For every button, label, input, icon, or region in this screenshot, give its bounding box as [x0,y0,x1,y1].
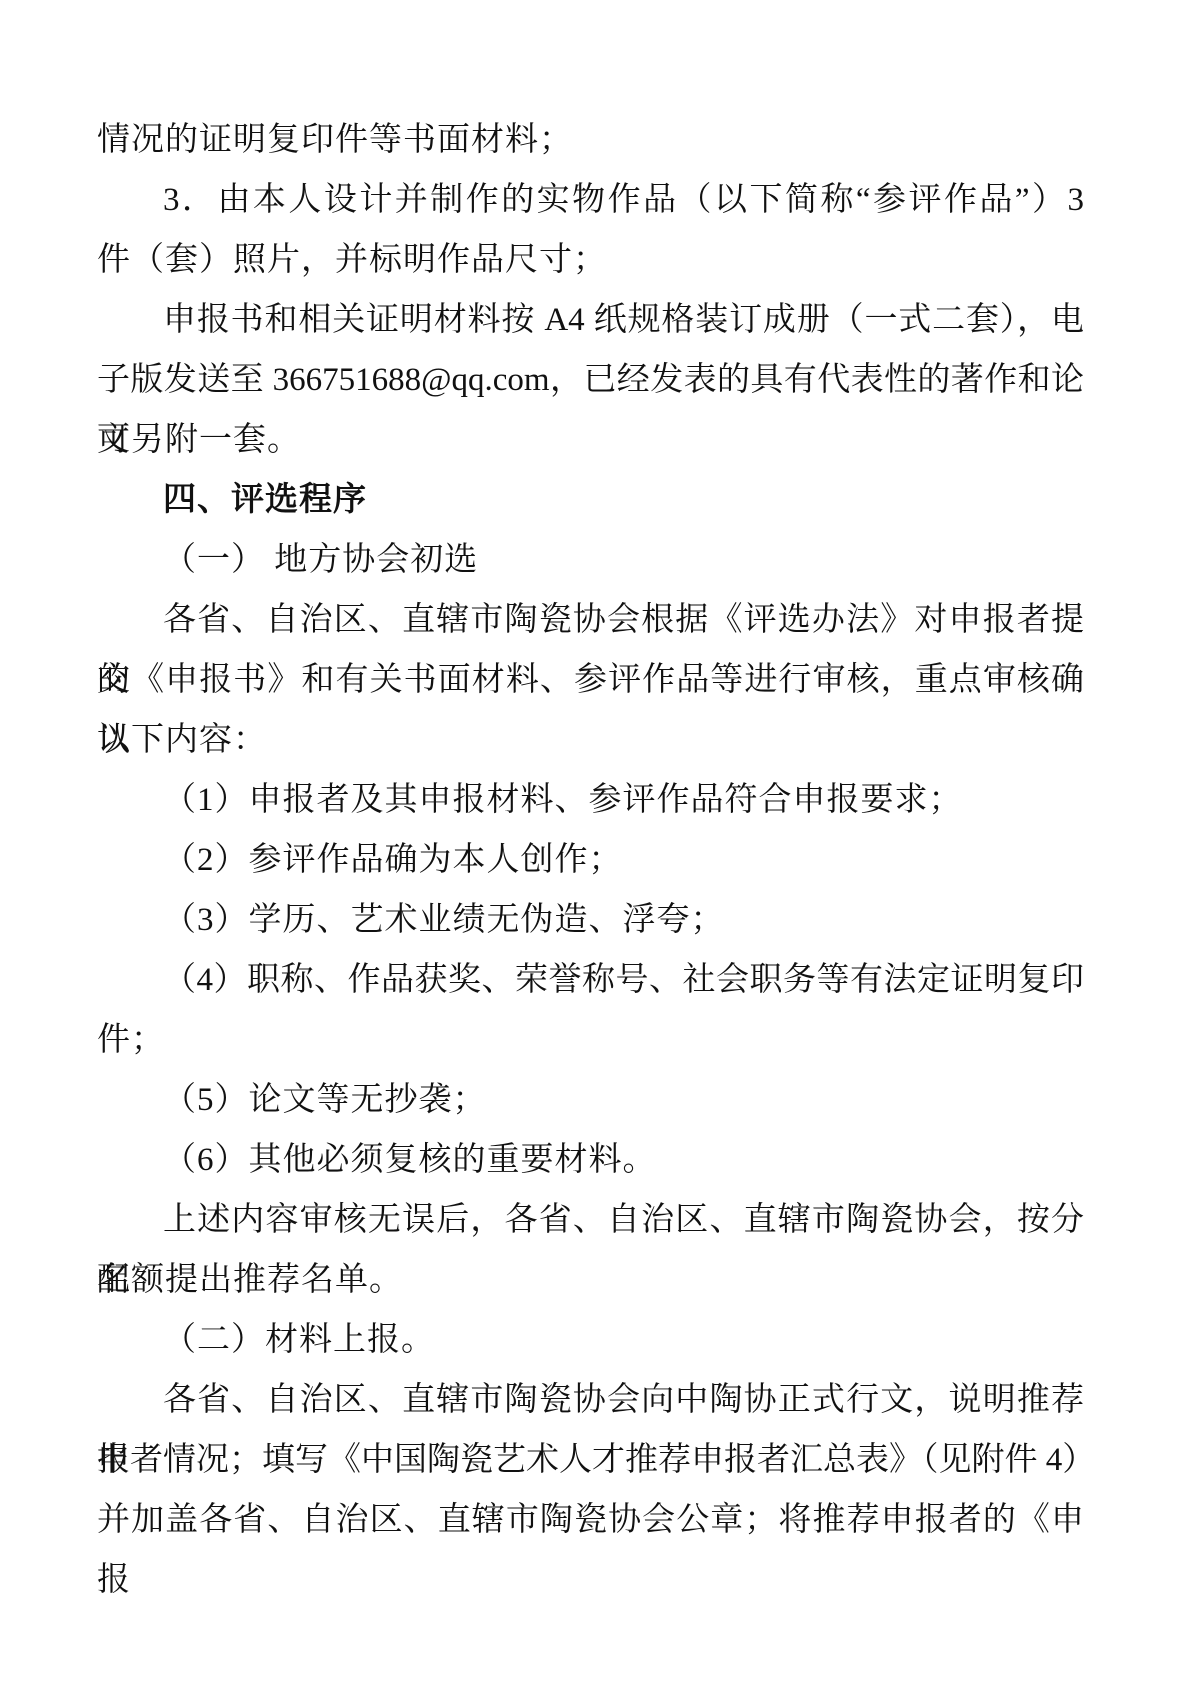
text-line-continuation: 件（套）照片，并标明作品尺寸； [97,230,1084,290]
text-line-item-3: 3．由本人设计并制作的实物作品（以下简称“参评作品”）3 [97,170,1084,230]
subsection-heading-1: （一） 地方协会初选 [97,530,1084,590]
text-line-continuation: 名额提出推荐名单。 [97,1250,1084,1310]
text-line-item-4: （4）职称、作品获奖、荣誉称号、社会职务等有法定证明复印 [97,950,1084,1010]
text-line-continuation: 报者情况；填写《中国陶瓷艺术人才推荐申报者汇总表》（见附件 4） [97,1430,1084,1490]
text-line-paragraph: 各省、自治区、直辖市陶瓷协会向中陶协正式行文，说明推荐申 [97,1370,1084,1430]
text-line-continuation: 件； [97,1010,1084,1070]
text-line-paragraph: 申报书和相关证明材料按 A4 纸规格装订成册（一式二套），电 [97,290,1084,350]
text-line-continuation: 并加盖各省、自治区、直辖市陶瓷协会公章；将推荐申报者的《申报 [97,1490,1084,1550]
text-line-continuation: 的《申报书》和有关书面材料、参评作品等进行审核，重点审核确认 [97,650,1084,710]
section-heading: 四、评选程序 [97,470,1084,530]
text-line-email: 子版发送至 366751688@qq.com，已经发表的具有代表性的著作和论文 [97,350,1084,410]
text-line-item-5: （5）论文等无抄袭； [97,1070,1084,1130]
text-line-paragraph: 上述内容审核无误后，各省、自治区、直辖市陶瓷协会，按分配 [97,1190,1084,1250]
text-line-continuation: 以下内容： [97,710,1084,770]
document-content: 情况的证明复印件等书面材料； 3．由本人设计并制作的实物作品（以下简称“参评作品… [97,110,1084,1550]
text-line-item-1: （1）申报者及其申报材料、参评作品符合申报要求； [97,770,1084,830]
document-page: 情况的证明复印件等书面材料； 3．由本人设计并制作的实物作品（以下简称“参评作品… [0,0,1191,1684]
text-line-item-2: （2）参评作品确为本人创作； [97,830,1084,890]
text-line-continuation: 情况的证明复印件等书面材料； [97,110,1084,170]
subsection-heading-2: （二）材料上报。 [97,1310,1084,1370]
text-line-item-6: （6）其他必须复核的重要材料。 [97,1130,1084,1190]
text-line-paragraph: 各省、自治区、直辖市陶瓷协会根据《评选办法》对申报者提交 [97,590,1084,650]
text-line-item-3b: （3）学历、艺术业绩无伪造、浮夸； [97,890,1084,950]
text-line-continuation: 可另附一套。 [97,410,1084,470]
